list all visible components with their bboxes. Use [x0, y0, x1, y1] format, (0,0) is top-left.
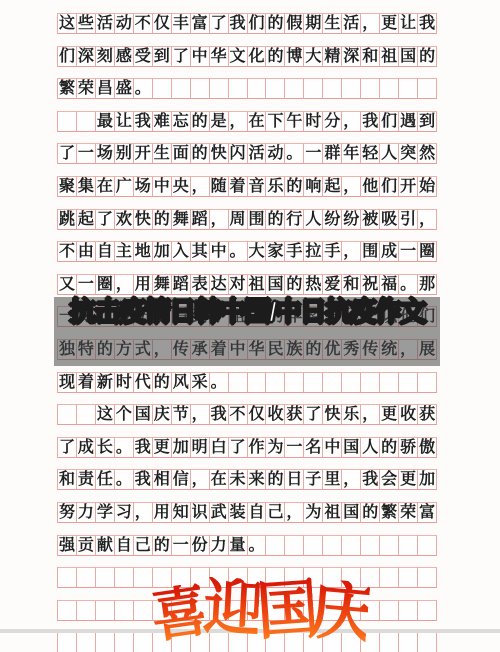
grid-cell: 受 — [134, 46, 153, 67]
grid-cell: 名 — [304, 437, 323, 458]
grid-cell: 活 — [96, 13, 115, 34]
grid-cell: ， — [342, 469, 361, 490]
grid-cell: 和 — [361, 46, 380, 67]
grid-row: 了成长。我更加明白了作为一名中国人的骄傲 — [57, 437, 437, 458]
grid-cell: 到 — [418, 111, 437, 132]
grid-cell: 的 — [191, 111, 210, 132]
grid-cell: 富 — [191, 13, 210, 34]
grid-cell: 我 — [134, 437, 153, 458]
grid-row: 努力学习，用知识武装自己，为祖国的繁荣富 — [57, 502, 437, 523]
grid-cell: 。 — [210, 372, 229, 393]
grid-cell — [361, 78, 380, 99]
grid-cell: 责 — [77, 469, 96, 490]
essay-paper-photo: 这些活动不仅丰富了我们的假期生活，更让我们深刻感受到了中华文化的博大精深和祖国的… — [0, 0, 500, 652]
grid-cell: 忘 — [172, 111, 191, 132]
grid-cell — [323, 78, 342, 99]
grid-cell: 武 — [210, 502, 229, 523]
grid-cell: 不 — [58, 241, 77, 262]
grid-cell: 由 — [77, 241, 96, 262]
grid-cell — [361, 535, 380, 556]
grid-cell — [399, 632, 418, 652]
grid-cell — [380, 632, 399, 652]
grid-cell: 精 — [323, 46, 342, 67]
grid-cell: 了 — [58, 143, 77, 164]
grid-cell: 然 — [418, 143, 437, 164]
grid-cell — [248, 78, 267, 99]
grid-cell: ， — [115, 274, 134, 295]
grid-cell: 达 — [210, 274, 229, 295]
grid-row: 这个国庆节，我不仅收获了快乐，更收获 — [57, 404, 437, 425]
grid-cell: 们 — [380, 111, 399, 132]
grid-cell: 那 — [418, 274, 437, 295]
grid-cell: 我 — [134, 469, 153, 490]
grid-cell: 面 — [172, 143, 191, 164]
grid-cell: 个 — [115, 404, 134, 425]
grid-cell: 仅 — [248, 404, 267, 425]
grid-cell: 用 — [153, 502, 172, 523]
grid-cell: 加 — [418, 469, 437, 490]
grid-cell: 庆 — [153, 404, 172, 425]
grid-cell: 贡 — [77, 535, 96, 556]
grid-cell: 被 — [361, 209, 380, 230]
grid-cell — [304, 535, 323, 556]
grid-cell — [285, 535, 304, 556]
grid-cell: 获 — [285, 404, 304, 425]
grid-cell: 福 — [380, 274, 399, 295]
grid-cell: 广 — [115, 176, 134, 197]
grid-cell: 中 — [153, 176, 172, 197]
grid-cell: 活 — [342, 13, 361, 34]
grid-cell: 他 — [361, 176, 380, 197]
grid-cell: 相 — [153, 469, 172, 490]
grid-cell: 动 — [115, 13, 134, 34]
grid-cell: 祖 — [323, 502, 342, 523]
grid-cell — [229, 78, 248, 99]
grid-cell: 化 — [248, 46, 267, 67]
grid-cell — [191, 78, 210, 99]
grid-cell — [418, 535, 437, 556]
grid-cell: 仅 — [153, 13, 172, 34]
grid-cell — [115, 632, 134, 652]
grid-cell: 了 — [58, 437, 77, 458]
grid-cell: 成 — [380, 241, 399, 262]
grid-cell: 荣 — [399, 502, 418, 523]
grid-cell: 手 — [323, 241, 342, 262]
grid-cell: 我 — [134, 111, 153, 132]
grid-cell: 快 — [134, 209, 153, 230]
grid-cell: 。 — [134, 78, 153, 99]
grid-cell: 响 — [304, 176, 323, 197]
grid-cell: 力 — [77, 502, 96, 523]
grid-cell: 更 — [380, 13, 399, 34]
grid-cell: 突 — [399, 143, 418, 164]
grid-cell: 更 — [399, 469, 418, 490]
grid-row: 不由自主地加入其中。大家手拉手，围成一圈 — [57, 241, 437, 262]
grid-cell: 和 — [58, 469, 77, 490]
grid-cell: 对 — [229, 274, 248, 295]
grid-cell — [418, 632, 437, 652]
grid-cell — [77, 111, 96, 132]
grid-cell: 乐 — [342, 404, 361, 425]
grid-cell: 感 — [115, 46, 134, 67]
grid-cell: 着 — [229, 176, 248, 197]
grid-cell: 周 — [229, 209, 248, 230]
grid-cell: 。 — [399, 274, 418, 295]
grid-cell: 表 — [191, 274, 210, 295]
grid-cell: 会 — [380, 469, 399, 490]
grid-cell: 难 — [153, 111, 172, 132]
grid-cell: 期 — [304, 13, 323, 34]
grid-cell: 献 — [96, 535, 115, 556]
grid-cell: 不 — [134, 13, 153, 34]
grid-cell: 中 — [323, 437, 342, 458]
grid-cell: 生 — [153, 143, 172, 164]
grid-cell: 了 — [96, 209, 115, 230]
grid-cell: 开 — [399, 176, 418, 197]
grid-cell — [229, 372, 248, 393]
grid-cell — [380, 78, 399, 99]
grid-cell: 围 — [248, 209, 267, 230]
grid-cell: 新 — [96, 372, 115, 393]
grid-cell: 采 — [191, 372, 210, 393]
grid-cell: 的 — [380, 437, 399, 458]
grid-cell: 又 — [58, 274, 77, 295]
grid-cell: 的 — [266, 13, 285, 34]
grid-cell: 收 — [399, 404, 418, 425]
grid-cell: 日 — [285, 469, 304, 490]
grid-cell: 我 — [361, 111, 380, 132]
grid-cell: 了 — [229, 437, 248, 458]
grid-cell: 昌 — [96, 78, 115, 99]
grid-cell: 风 — [172, 372, 191, 393]
grid-cell: 乐 — [266, 176, 285, 197]
grid-cell: 和 — [342, 274, 361, 295]
grid-cell: ， — [191, 404, 210, 425]
grid-cell: 圈 — [96, 274, 115, 295]
grid-cell: 随 — [210, 176, 229, 197]
grid-cell — [153, 78, 172, 99]
grid-cell: 骄 — [399, 437, 418, 458]
grid-cell: 了 — [210, 13, 229, 34]
calligraphy-char: 国 — [255, 577, 316, 644]
grid-cell: 集 — [77, 176, 96, 197]
grid-cell: ， — [229, 111, 248, 132]
grid-cell: 围 — [361, 241, 380, 262]
grid-cell: 祖 — [380, 46, 399, 67]
grid-cell — [399, 535, 418, 556]
grid-cell: 盛 — [115, 78, 134, 99]
grid-cell: 知 — [172, 502, 191, 523]
grid-cell: 央 — [172, 176, 191, 197]
grid-cell: 这 — [58, 13, 77, 34]
grid-cell — [399, 567, 418, 588]
grid-cell: 舞 — [172, 209, 191, 230]
grid-cell: 起 — [323, 176, 342, 197]
grid-cell: 的 — [266, 209, 285, 230]
grid-cell — [58, 567, 77, 588]
grid-cell: 时 — [115, 372, 134, 393]
grid-cell — [380, 567, 399, 588]
grid-cell: 拉 — [304, 241, 323, 262]
grid-cell: 的 — [418, 46, 437, 67]
grid-cell: 一 — [285, 437, 304, 458]
grid-cell — [58, 404, 77, 425]
grid-cell: 的 — [266, 469, 285, 490]
grid-cell: 的 — [285, 176, 304, 197]
grid-row: 繁荣昌盛。 — [57, 78, 437, 99]
grid-cell — [418, 78, 437, 99]
grid-cell — [380, 535, 399, 556]
grid-cell: 们 — [248, 13, 267, 34]
grid-cell: 地 — [134, 241, 153, 262]
grid-cell: 祖 — [248, 274, 267, 295]
grid-cell: 动 — [266, 143, 285, 164]
grid-cell — [399, 600, 418, 621]
grid-cell — [115, 567, 134, 588]
grid-cell: 最 — [96, 111, 115, 132]
grid-cell — [77, 567, 96, 588]
grid-cell: 装 — [229, 502, 248, 523]
grid-cell: 量 — [229, 535, 248, 556]
grid-cell — [96, 600, 115, 621]
grid-cell: 主 — [115, 241, 134, 262]
grid-cell: 傲 — [418, 437, 437, 458]
grid-cell: 国 — [266, 274, 285, 295]
grid-cell: 国 — [342, 502, 361, 523]
title-overlay-band: 抗击疫情日韩中国/中日抗疫作文 — [54, 297, 440, 366]
grid-cell: 份 — [191, 535, 210, 556]
grid-cell: 纷 — [323, 209, 342, 230]
grid-cell: 为 — [266, 437, 285, 458]
grid-cell: 大 — [248, 241, 267, 262]
grid-cell: ， — [342, 111, 361, 132]
grid-cell: 场 — [96, 143, 115, 164]
grid-cell: ， — [191, 176, 210, 197]
grid-cell: 代 — [134, 372, 153, 393]
grid-row: 强贡献自己的一份力量。 — [57, 535, 437, 556]
grid-cell: 收 — [266, 404, 285, 425]
grid-cell — [399, 372, 418, 393]
grid-cell: 自 — [248, 502, 267, 523]
grid-cell: 起 — [77, 209, 96, 230]
grid-row: 了一场别开生面的快闪活动。一群年轻人突然 — [57, 143, 437, 164]
grid-cell — [304, 78, 323, 99]
grid-cell: 年 — [342, 143, 361, 164]
grid-row: 最让我难忘的是，在下午时分，我们遇到 — [57, 111, 437, 132]
grid-cell: 力 — [210, 535, 229, 556]
grid-row: 跳起了欢快的舞蹈，周围的行人纷纷被吸引， — [57, 209, 437, 230]
grid-cell: 。 — [285, 143, 304, 164]
grid-cell: 中 — [210, 241, 229, 262]
grid-cell: 国 — [342, 437, 361, 458]
grid-cell: 一 — [304, 143, 323, 164]
grid-cell — [96, 632, 115, 652]
grid-cell: 的 — [191, 143, 210, 164]
grid-cell — [304, 372, 323, 393]
grid-cell: 在 — [210, 469, 229, 490]
grid-cell — [58, 632, 77, 652]
grid-cell: 行 — [285, 209, 304, 230]
grid-cell: 加 — [153, 241, 172, 262]
grid-cell: 获 — [418, 404, 437, 425]
grid-cell — [58, 600, 77, 621]
grid-cell — [96, 567, 115, 588]
grid-cell: 祝 — [361, 274, 380, 295]
grid-cell: 午 — [285, 111, 304, 132]
grid-cell: 让 — [115, 111, 134, 132]
grid-cell: 深 — [77, 46, 96, 67]
grid-cell: 的 — [153, 535, 172, 556]
grid-cell: ， — [285, 502, 304, 523]
grid-cell: 为 — [304, 502, 323, 523]
grid-cell: 我 — [418, 13, 437, 34]
grid-cell: 是 — [210, 111, 229, 132]
grid-cell: 欢 — [115, 209, 134, 230]
grid-cell: 下 — [266, 111, 285, 132]
grid-cell: ， — [191, 469, 210, 490]
grid-cell: 时 — [304, 111, 323, 132]
grid-cell — [418, 600, 437, 621]
grid-cell: 强 — [58, 535, 77, 556]
grid-cell: 中 — [191, 46, 210, 67]
grid-cell: 长 — [96, 437, 115, 458]
grid-cell: ， — [361, 13, 380, 34]
grid-cell: 。 — [115, 437, 134, 458]
grid-cell: 文 — [229, 46, 248, 67]
calligraphy-char: 庆 — [307, 578, 371, 648]
grid-cell: 了 — [304, 404, 323, 425]
grid-cell: 来 — [248, 469, 267, 490]
grid-cell: 明 — [191, 437, 210, 458]
grid-cell — [342, 535, 361, 556]
grid-cell: 开 — [134, 143, 153, 164]
grid-cell — [342, 372, 361, 393]
grid-row: 们深刻感受到了中华文化的博大精深和祖国的 — [57, 46, 437, 67]
grid-cell: 这 — [96, 404, 115, 425]
grid-cell: 大 — [304, 46, 323, 67]
grid-cell: 己 — [134, 535, 153, 556]
calligraphy-char: 迎 — [202, 576, 260, 640]
grid-cell: 的 — [285, 274, 304, 295]
grid-row: 这些活动不仅丰富了我们的假期生活，更让我 — [57, 13, 437, 34]
grid-cell: 的 — [266, 46, 285, 67]
grid-cell: 成 — [77, 437, 96, 458]
grid-cell: 纷 — [342, 209, 361, 230]
grid-cell: 作 — [248, 437, 267, 458]
article-title: 抗击疫情日韩中国/中日抗疫作文 — [54, 297, 440, 327]
grid-cell: 深 — [342, 46, 361, 67]
grid-cell: 繁 — [380, 502, 399, 523]
grid-row: 又一圈，用舞蹈表达对祖国的热爱和祝福。那 — [57, 274, 437, 295]
grid-cell: 生 — [323, 13, 342, 34]
grid-row: 和责任。我相信，在未来的日子里，我会更加 — [57, 469, 437, 490]
grid-cell: 加 — [172, 437, 191, 458]
grid-cell — [380, 372, 399, 393]
grid-cell: 识 — [191, 502, 210, 523]
grid-cell: 里 — [323, 469, 342, 490]
grid-cell: 遇 — [399, 111, 418, 132]
grid-cell: 博 — [285, 46, 304, 67]
grid-cell: ， — [134, 502, 153, 523]
grid-cell: 一 — [172, 535, 191, 556]
grid-cell: 引 — [399, 209, 418, 230]
grid-cell: 学 — [96, 502, 115, 523]
grid-cell: 不 — [229, 404, 248, 425]
grid-cell: 子 — [304, 469, 323, 490]
grid-cell: 轻 — [361, 143, 380, 164]
grid-cell: 的 — [153, 372, 172, 393]
grid-cell: 国 — [134, 404, 153, 425]
grid-cell — [399, 78, 418, 99]
grid-cell — [418, 567, 437, 588]
grid-cell: 。 — [115, 469, 134, 490]
grid-cell — [58, 111, 77, 132]
grid-cell: 刻 — [96, 46, 115, 67]
grid-cell: 着 — [77, 372, 96, 393]
grid-cell: 我 — [229, 13, 248, 34]
grid-cell: 到 — [153, 46, 172, 67]
grid-cell — [285, 372, 304, 393]
grid-cell: 了 — [172, 46, 191, 67]
grid-cell — [210, 78, 229, 99]
grid-cell — [323, 372, 342, 393]
grid-cell: 丰 — [172, 13, 191, 34]
grid-cell: 白 — [210, 437, 229, 458]
grid-cell: 蹈 — [172, 274, 191, 295]
grid-cell: 入 — [172, 241, 191, 262]
grid-cell: ， — [342, 241, 361, 262]
grid-cell: 在 — [248, 111, 267, 132]
grid-cell: 。 — [229, 241, 248, 262]
grid-cell: 别 — [115, 143, 134, 164]
grid-cell: 群 — [323, 143, 342, 164]
grid-cell — [266, 372, 285, 393]
grid-cell — [342, 78, 361, 99]
grid-cell: 更 — [153, 437, 172, 458]
grid-cell: 始 — [418, 176, 437, 197]
grid-cell: 在 — [96, 176, 115, 197]
grid-cell — [77, 404, 96, 425]
grid-cell: 的 — [153, 209, 172, 230]
grid-cell: 些 — [77, 13, 96, 34]
grid-row: 聚集在广场中央，随着音乐的响起，他们开始 — [57, 176, 437, 197]
grid-cell: 人 — [380, 143, 399, 164]
grid-cell: 闪 — [229, 143, 248, 164]
calligraphy-banner: 喜迎国庆 — [141, 568, 374, 652]
grid-cell: 活 — [248, 143, 267, 164]
grid-cell: 荣 — [77, 78, 96, 99]
grid-cell — [266, 535, 285, 556]
grid-cell: 人 — [304, 209, 323, 230]
calligraphy-char: 喜 — [148, 582, 207, 646]
grid-cell: 己 — [266, 502, 285, 523]
grid-cell: 信 — [172, 469, 191, 490]
grid-cell: 音 — [248, 176, 267, 197]
grid-cell: 华 — [210, 46, 229, 67]
grid-cell: 圈 — [418, 241, 437, 262]
grid-cell: 我 — [361, 469, 380, 490]
grid-cell — [380, 600, 399, 621]
grid-cell: 未 — [229, 469, 248, 490]
grid-cell — [266, 78, 285, 99]
grid-cell — [285, 78, 304, 99]
grid-cell: 。 — [248, 535, 267, 556]
grid-cell: 蹈 — [191, 209, 210, 230]
grid-cell: 热 — [304, 274, 323, 295]
grid-cell — [172, 78, 191, 99]
grid-cell: 舞 — [153, 274, 172, 295]
grid-cell: 们 — [380, 176, 399, 197]
